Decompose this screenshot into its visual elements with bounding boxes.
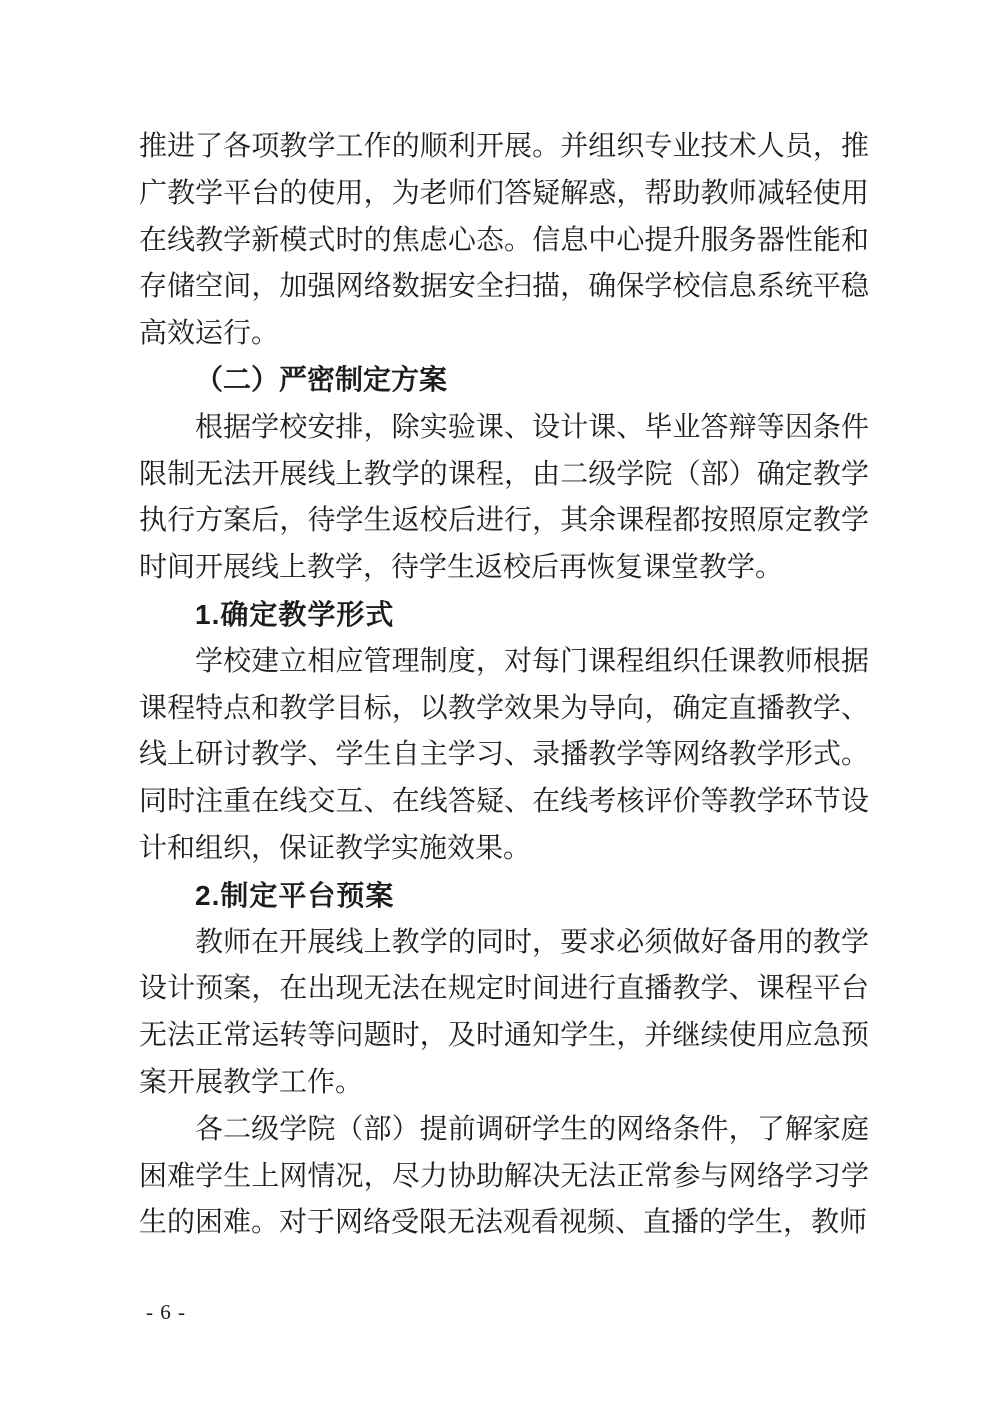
document-body: 推进了各项教学工作的顺利开展。并组织专业技术人员，推广教学平台的使用，为老师们答… (139, 124, 869, 1247)
subsection-heading-2: 2.制定平台预案 (139, 873, 869, 920)
paragraph: 各二级学院（部）提前调研学生的网络条件，了解家庭困难学生上网情况，尽力协助解决无… (139, 1107, 869, 1247)
paragraph: 根据学校安排，除实验课、设计课、毕业答辩等因条件限制无法开展线上教学的课程，由二… (139, 405, 869, 592)
paragraph-continuation: 推进了各项教学工作的顺利开展。并组织专业技术人员，推广教学平台的使用，为老师们答… (139, 124, 869, 358)
paragraph: 教师在开展线上教学的同时，要求必须做好备用的教学设计预案，在出现无法在规定时间进… (139, 920, 869, 1107)
document-page: 推进了各项教学工作的顺利开展。并组织专业技术人员，推广教学平台的使用，为老师们答… (0, 0, 992, 1403)
paragraph: 学校建立相应管理制度，对每门课程组织任课教师根据课程特点和教学目标，以教学效果为… (139, 639, 869, 873)
section-heading-2: （二）严密制定方案 (139, 358, 869, 405)
subsection-heading-1: 1.确定教学形式 (139, 592, 869, 639)
page-number: - 6 - (146, 1300, 186, 1325)
